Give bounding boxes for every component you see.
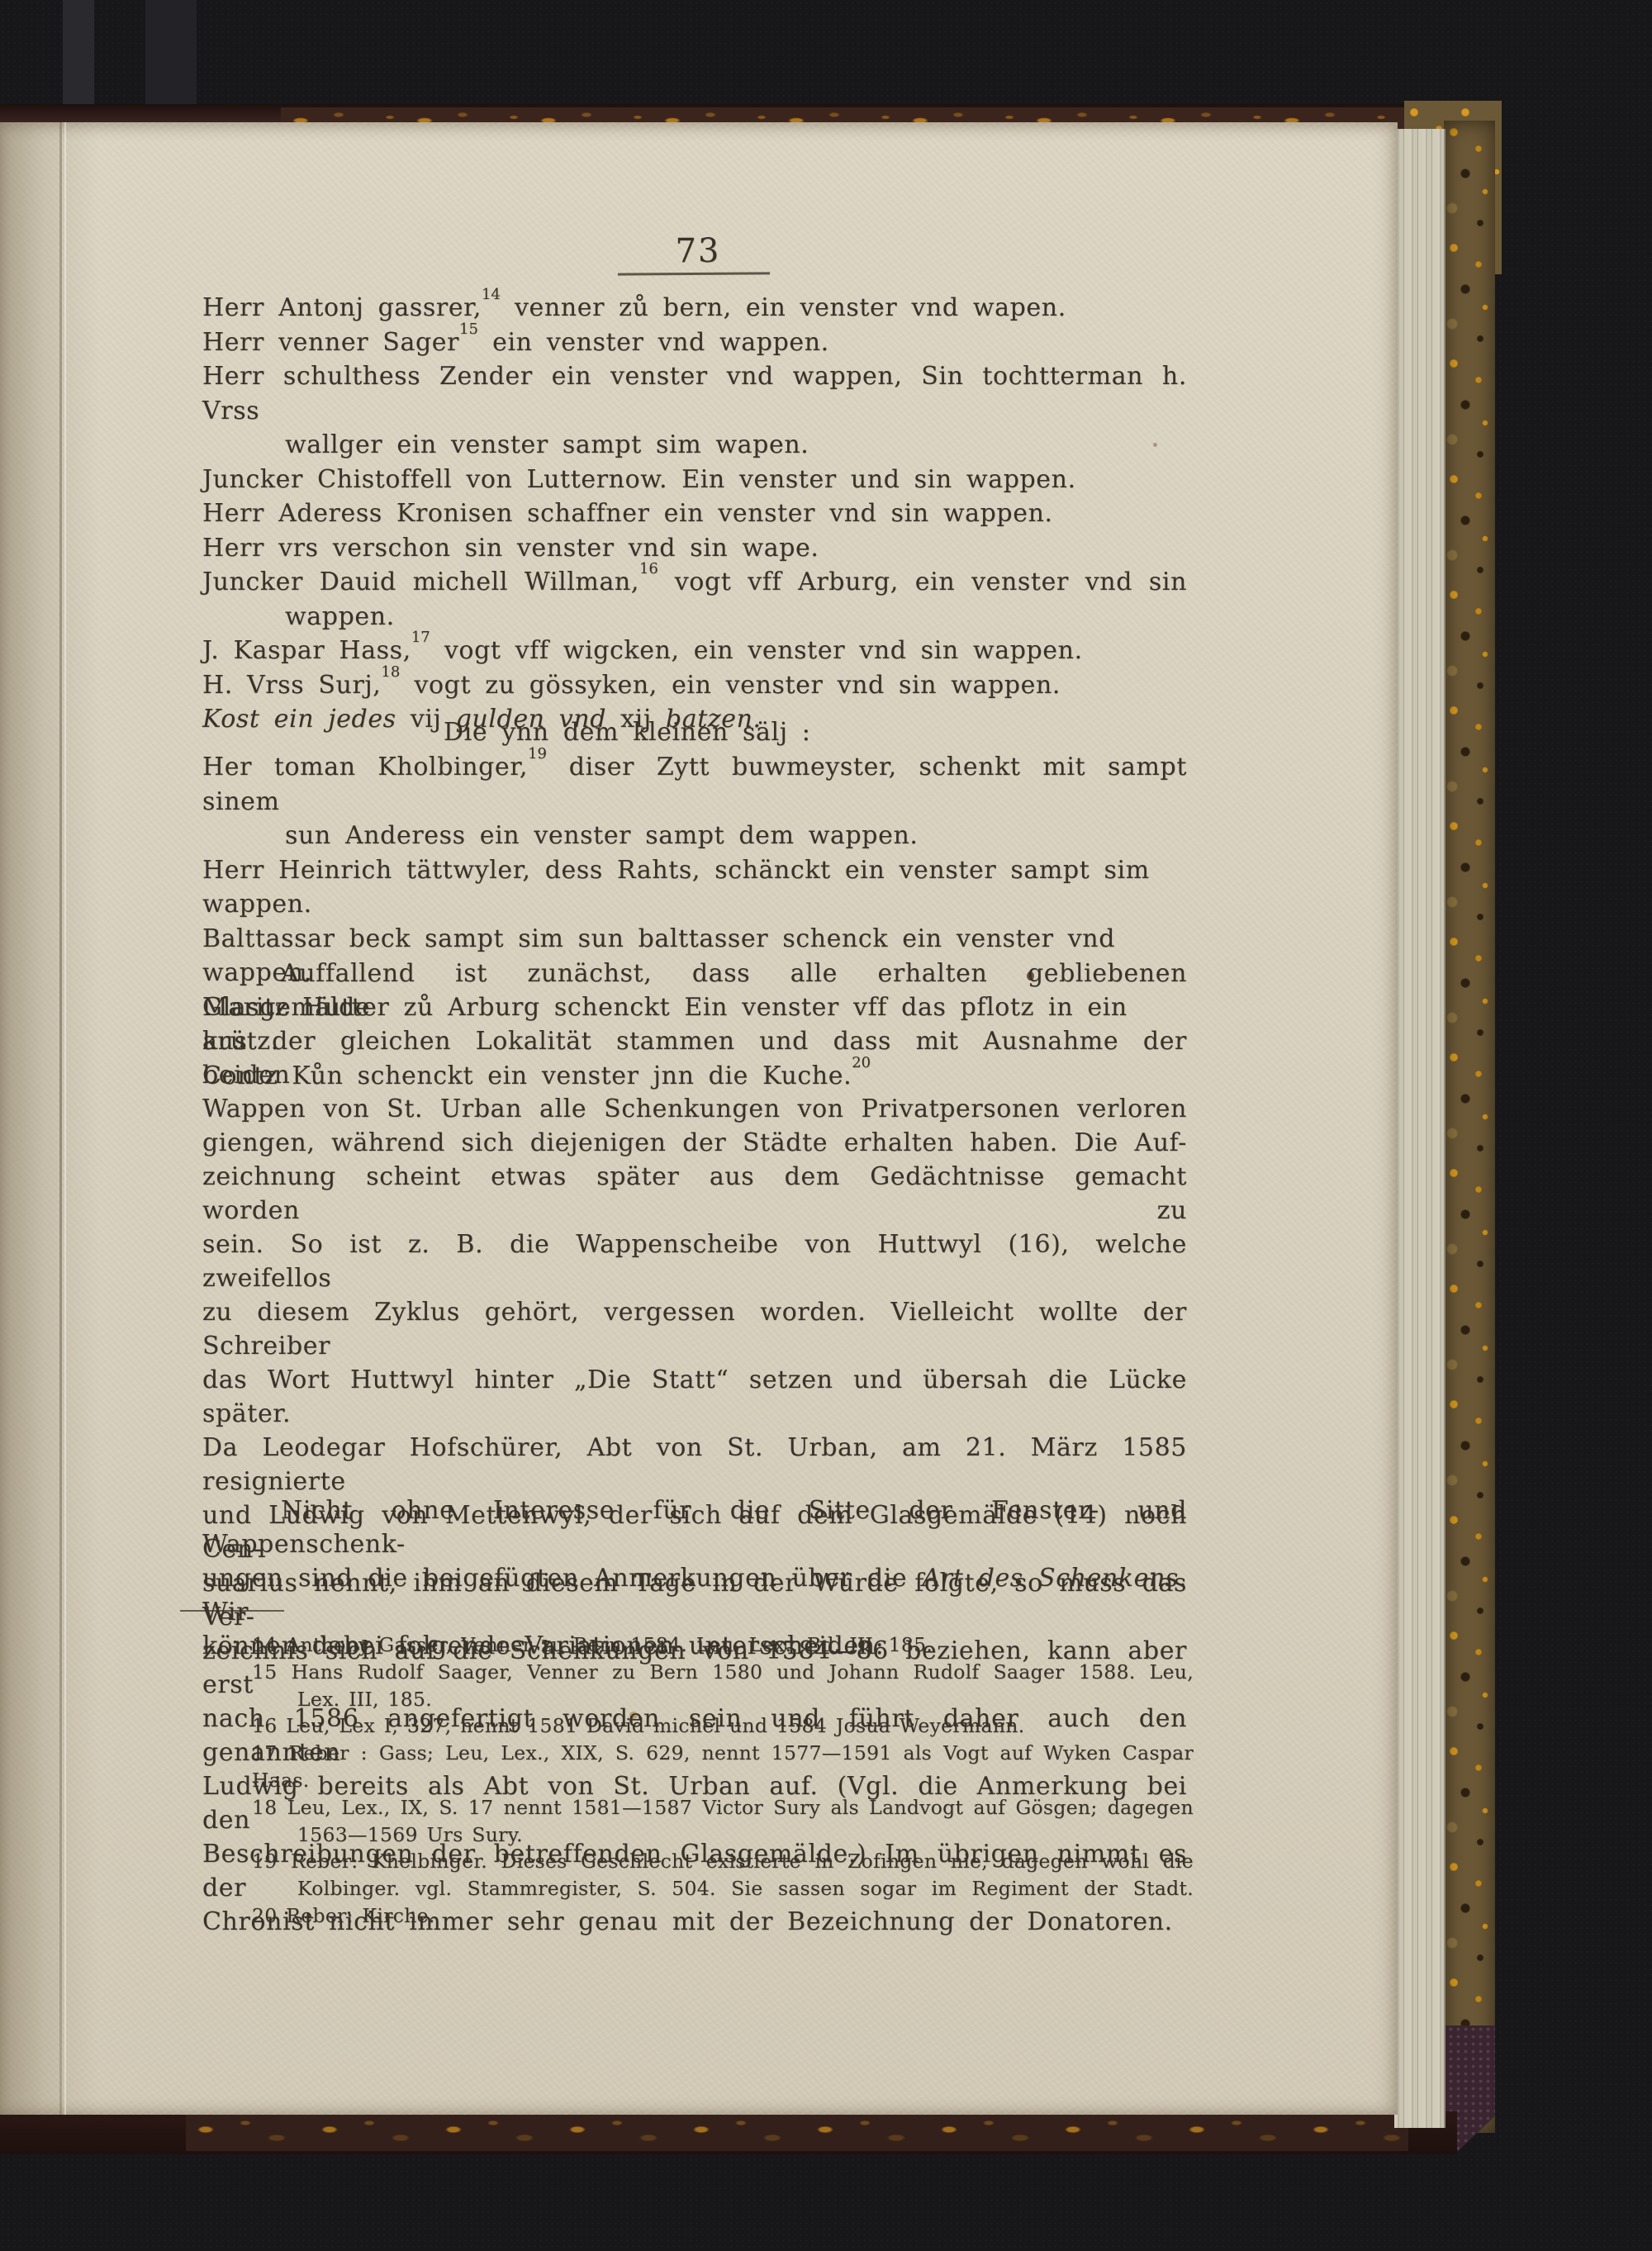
page-gutter-shadow	[0, 122, 99, 2115]
text-line: 1563—1569 Urs Sury.	[252, 1821, 1194, 1849]
text-line: Her toman Kholbinger,19 diser Zytt buwme…	[202, 750, 1187, 819]
book-cover-bottom-marbling	[186, 2115, 1408, 2151]
text-line: 18 Leu, Lex., IX, S. 17 nennt 1581—1587 …	[252, 1794, 1194, 1821]
page-gutter-highlight	[64, 122, 66, 2115]
text-line: Herr Heinrich tättwyler, dess Rahts, sch…	[202, 853, 1187, 922]
text-line: zu diesem Zyklus gehört, vergessen worde…	[202, 1295, 1187, 1363]
book-cover-right-edge	[1444, 121, 1495, 2133]
text-line: H. Vrss Surj,18 vogt zu gössyken, ein ve…	[202, 668, 1187, 703]
text-line: Kolbinger. vgl. Stammregister, S. 504. S…	[252, 1875, 1194, 1902]
footnote-separator-rule	[180, 1610, 284, 1612]
text-line: Auffallend ist zunächst, dass alle erhal…	[202, 957, 1187, 1024]
spine-board-edge	[145, 0, 197, 114]
text-line: sein. So ist z. B. die Wappenscheibe von…	[202, 1228, 1187, 1295]
spine-board-edge	[63, 0, 94, 117]
page-gutter-crease	[59, 122, 62, 2115]
text-line: Herr Aderess Kronisen schaffner ein vens…	[202, 496, 1187, 531]
text-line: 15 Hans Rudolf Saager, Venner zu Bern 15…	[252, 1659, 1194, 1686]
section-heading-small-hall: Die ynn dem kleinen sälj :	[202, 715, 1187, 750]
text-line: Juncker Dauid michell Willman,16 vogt vf…	[202, 565, 1187, 600]
text-line: Herr venner Sager15 ein venster vnd wapp…	[202, 325, 1187, 360]
text-line: das Wort Huttwyl hinter „Die Statt“ setz…	[202, 1363, 1187, 1431]
footnotes-block: 14 Anthony Gasser, Venner zu Bern 1584. …	[252, 1631, 1194, 1930]
text-line: Herr vrs verschon sin venster vnd sin wa…	[202, 531, 1187, 566]
text-line: 17 Reber : Gass; Leu, Lex., XIX, S. 629,…	[252, 1740, 1194, 1794]
text-line: zeichnung scheint etwas später aus dem G…	[202, 1160, 1187, 1228]
text-line: Da Leodegar Hofschürer, Abt von St. Urba…	[202, 1431, 1187, 1498]
text-line: Die ynn dem kleinen sälj :	[202, 715, 1187, 750]
text-line: 16 Leu, Lex I, 327, nennt 1581 David mic…	[252, 1712, 1194, 1740]
donor-list-large-hall: Herr Antonj gassrer,14 venner zů bern, e…	[202, 291, 1187, 737]
text-line: Juncker Chistoffell von Lutternow. Ein v…	[202, 463, 1187, 497]
text-line: 20 Reber: Kirche.	[252, 1902, 1194, 1930]
text-line: wappen.	[202, 600, 1187, 634]
text-line: 19 Reber: Khelbinger. Dieses Geschlecht …	[252, 1848, 1194, 1875]
text-line: Herr Antonj gassrer,14 venner zů bern, e…	[202, 291, 1187, 325]
page-number: 73	[615, 232, 781, 270]
text-line: aus der gleichen Lokalität stammen und d…	[202, 1024, 1187, 1092]
text-line: J. Kaspar Hass,17 vogt vff wigcken, ein …	[202, 634, 1187, 668]
page-stack-fore-edge	[1394, 129, 1445, 2128]
photographed-book-page: 73 Herr Antonj gassrer,14 venner zů bern…	[0, 0, 1652, 2251]
text-line: Nicht ohne Interesse für die Sitte der F…	[202, 1494, 1187, 1561]
text-line: Wappen von St. Urban alle Schenkungen vo…	[202, 1092, 1187, 1126]
text-line: sun Anderess ein venster sampt dem wappe…	[202, 819, 1187, 853]
text-line: ungen sind die beigefügten Anmerkungen ü…	[202, 1561, 1187, 1629]
text-line: Lex. III, 185.	[252, 1686, 1194, 1713]
text-line: 14 Anthony Gasser, Venner zu Bern 1584. …	[252, 1631, 1194, 1659]
text-line: Herr schulthess Zender ein venster vnd w…	[202, 359, 1187, 428]
text-line: giengen, während sich diejenigen der Stä…	[202, 1126, 1187, 1160]
text-line: wallger ein venster sampt sim wapen.	[202, 428, 1187, 463]
